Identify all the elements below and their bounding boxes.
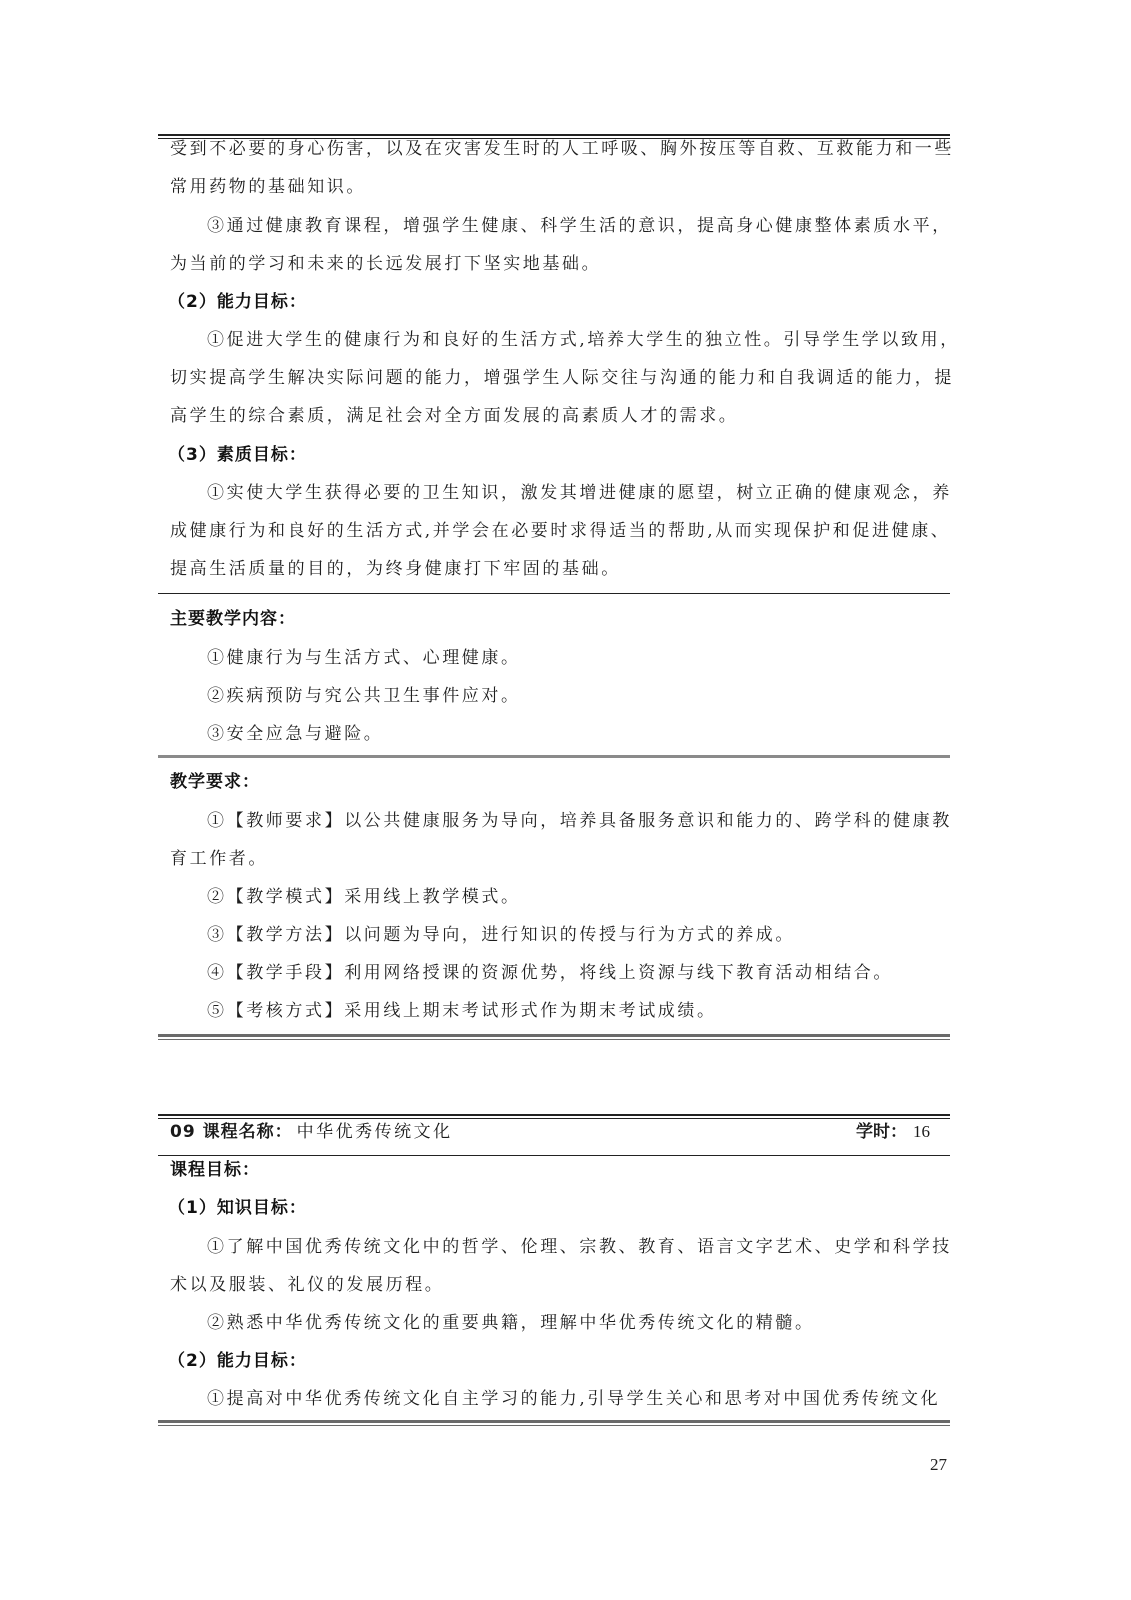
paragraph-line: 高学生的综合素质，满足社会对全方面发展的高素质人才的需求。 — [170, 404, 738, 428]
course-number-label: 09 课程名称： — [170, 1122, 293, 1142]
list-item: ②【教学模式】采用线上教学模式。 — [207, 885, 521, 909]
paragraph-line: 受到不必要的身心伤害，以及在灾害发生时的人工呼吸、胸外按压等自救、互救能力和一些 — [170, 137, 954, 161]
course-name: 中华优秀传统文化 — [297, 1122, 453, 1142]
teaching-requirements-heading: 教学要求： — [170, 770, 260, 794]
paragraph-line: 为当前的学习和未来的长远发展打下坚实地基础。 — [170, 252, 601, 276]
course-hours: 学时：16 — [856, 1119, 930, 1145]
table-bottom-border — [158, 1420, 950, 1426]
paragraph-line: 术以及服装、礼仪的发展历程。 — [170, 1273, 444, 1297]
paragraph-line: 提高生活质量的目的，为终身健康打下牢固的基础。 — [170, 557, 621, 581]
hours-label: 学时： — [856, 1122, 907, 1142]
paragraph-line: 常用药物的基础知识。 — [170, 175, 366, 199]
paragraph-line: ①实使大学生获得必要的卫生知识，激发其增进健康的愿望，树立正确的健康观念，养 — [207, 481, 952, 505]
ability-objectives-heading: （2）能力目标： — [168, 1349, 307, 1373]
document-page: 受到不必要的身心伤害，以及在灾害发生时的人工呼吸、胸外按压等自救、互救能力和一些… — [0, 0, 1131, 1600]
knowledge-objectives-heading: （1）知识目标： — [168, 1196, 307, 1220]
list-item: ③【教学方法】以问题为导向，进行知识的传授与行为方式的养成。 — [207, 923, 795, 947]
table-row-divider — [158, 1155, 950, 1156]
paragraph-line: ①【教师要求】以公共健康服务为导向，培养具备服务意识和能力的、跨学科的健康教 — [207, 809, 952, 833]
table-row-divider — [158, 755, 950, 758]
paragraph-line: ①了解中国优秀传统文化中的哲学、伦理、宗教、教育、语言文字艺术、史学和科学技 — [207, 1235, 952, 1259]
quality-objectives-heading: （3）素质目标： — [168, 443, 307, 467]
list-item: ⑤【考核方式】采用线上期末考试形式作为期末考试成绩。 — [207, 999, 717, 1023]
ability-objectives-heading: （2）能力目标： — [168, 290, 307, 314]
list-item: ①健康行为与生活方式、心理健康。 — [207, 646, 521, 670]
list-item: ③安全应急与避险。 — [207, 722, 383, 746]
paragraph-line: ①促进大学生的健康行为和良好的生活方式,培养大学生的独立性。引导学生学以致用， — [207, 328, 960, 352]
list-item: ④【教学手段】利用网络授课的资源优势，将线上资源与线下教育活动相结合。 — [207, 961, 893, 985]
list-item: ②疾病预防与究公共卫生事件应对。 — [207, 684, 521, 708]
table-bottom-border — [158, 1034, 950, 1040]
paragraph-line: 成健康行为和良好的生活方式,并学会在必要时求得适当的帮助,从而实现保护和促进健康… — [170, 519, 950, 543]
table-row-divider — [158, 593, 950, 594]
teaching-content-heading: 主要教学内容： — [170, 607, 296, 631]
page-number: 27 — [930, 1455, 947, 1475]
paragraph-line: ②熟悉中华优秀传统文化的重要典籍，理解中华优秀传统文化的精髓。 — [207, 1311, 815, 1335]
paragraph-line: 育工作者。 — [170, 847, 268, 871]
course-objectives-heading: 课程目标： — [170, 1158, 260, 1182]
paragraph-line: ①提高对中华优秀传统文化自主学习的能力,引导学生关心和思考对中国优秀传统文化 — [207, 1387, 940, 1411]
course-header-row: 09 课程名称：中华优秀传统文化 学时：16 — [170, 1119, 930, 1145]
paragraph-line: 切实提高学生解决实际问题的能力，增强学生人际交往与沟通的能力和自我调适的能力，提 — [170, 366, 954, 390]
hours-value: 16 — [913, 1122, 930, 1141]
paragraph-line: ③通过健康教育课程，增强学生健康、科学生活的意识，提高身心健康整体素质水平， — [207, 214, 952, 238]
